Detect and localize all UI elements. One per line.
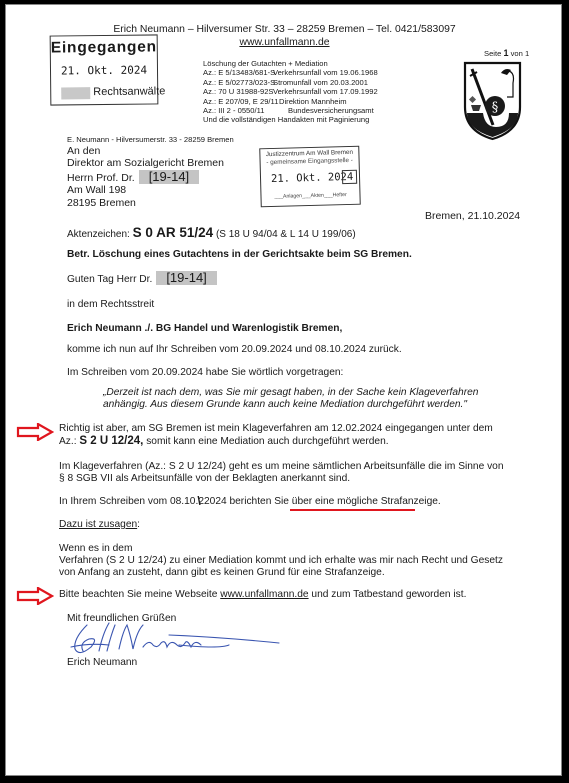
az-value: S 2 U 12/24, [79, 435, 143, 447]
quote-line: „Derzeit ist nach dem, was Sie mir gesag… [103, 387, 478, 398]
letterhead-sender: Erich Neumann – Hilversumer Str. 33 – 28… [6, 24, 563, 35]
received-stamp-title: Eingegangen [51, 38, 157, 57]
reference-desc: Verkehrsunfall vom 17.09.1992 [273, 87, 378, 96]
quote-line: anhängig. Aus diesem Grunde kann auch ke… [103, 399, 467, 410]
letter-page: Erich Neumann – Hilversumer Str. 33 – 28… [5, 4, 562, 776]
reference-row: Az.: E 5/13483/681-SVerkehrsunfall vom 1… [203, 68, 378, 77]
sender-return-line: E. Neumann - Hilversumerstr. 33 - 28259 … [67, 135, 234, 144]
greeting: Guten Tag Herr Dr.[19-14] [67, 271, 217, 285]
aktenzeichen-value: S 0 AR 51/24 [133, 225, 214, 240]
recipient-line: Direktor am Sozialgericht Bremen [67, 157, 224, 169]
reference-az: Az.: E 5/02773/023-S [203, 78, 273, 87]
reference-row: Az.: III 2 - 0550/11Bundesversicherungsa… [203, 106, 378, 115]
paragraph: Richtig ist aber, am SG Bremen ist mein … [59, 423, 493, 434]
redacted-name: [19-14] [139, 170, 199, 184]
paragraph: von Anfang an zusteht, dann gibt es kein… [59, 567, 385, 578]
subject-line: Betr. Löschung eines Gutachtens in der G… [67, 249, 412, 260]
red-arrow-icon [16, 587, 54, 605]
reference-desc: Bundesversicherungsamt [288, 106, 374, 115]
page-prefix: Seite [484, 49, 501, 58]
redaction-box [61, 87, 90, 99]
paragraph-text: 2024 berichten Sie über [204, 496, 312, 507]
paragraph-text: Bitte beachten Sie meine Webseite [59, 589, 217, 600]
letterhead-website-link[interactable]: www.unfallmann.de [239, 37, 329, 48]
recipient-line: 28195 Bremen [67, 197, 224, 209]
greeting-prefix: Guten Tag Herr Dr. [67, 274, 152, 285]
letter-date: Bremen, 21.10.2024 [425, 210, 520, 222]
paragraph-text: In Ihrem Schreiben vom 08.10. [59, 496, 198, 507]
paragraph: in dem Rechtsstreit [67, 299, 154, 310]
court-stamp-box [342, 170, 357, 184]
page-current: 1 [503, 48, 508, 58]
paragraph: § 8 SGB VII als Arbeitsunfälle von der B… [59, 473, 350, 484]
paragraph: komme ich nun auf Ihr Schreiben vom 20.0… [67, 344, 402, 355]
paragraph: Im Klageverfahren (Az.: S 2 U 12/24) geh… [59, 461, 504, 472]
red-arrow-icon [16, 423, 54, 441]
signature-name: Erich Neumann [67, 657, 137, 668]
paragraph: Bitte beachten Sie meine Webseite www.un… [59, 589, 466, 600]
recipient-line: Herrn Prof. Dr.[19-14] [67, 170, 224, 184]
highlighted-phrase: eine mögliche Strafanzeige [315, 496, 438, 507]
recipient-line: An den [67, 145, 224, 157]
underlined-heading: Dazu ist zusagen [59, 519, 137, 530]
aktenzeichen-label: Aktenzeichen: [67, 229, 130, 240]
reference-az: Az.: E 207/09, E 29/11 [203, 97, 279, 106]
paragraph: In Ihrem Schreiben vom 08.10.2\2024 beri… [59, 496, 441, 507]
page-total: 1 [525, 49, 529, 58]
received-stamp-date: 21. Okt. 2024 [51, 63, 157, 77]
svg-text:§: § [492, 100, 499, 115]
reference-az: Az.: III 2 - 0550/11 [203, 106, 288, 115]
reference-az: Az.: E 5/13483/681-S [203, 68, 273, 77]
reference-title: Löschung der Gutachten + Mediation [203, 59, 378, 68]
reference-block: Löschung der Gutachten + Mediation Az.: … [203, 59, 378, 125]
paragraph-text: und zum Tatbestand geworden ist. [311, 589, 466, 600]
recipient-title: Herrn Prof. Dr. [67, 172, 135, 184]
coat-of-arms-paragraph-icon: § [463, 61, 522, 141]
reference-row: Az.: 70 U 31988-92SVerkehrsunfall vom 17… [203, 87, 378, 96]
reference-row: Az.: E 5/02773/023-SStromunfall vom 20.0… [203, 78, 378, 87]
page-sep: von [511, 49, 523, 58]
recipient-line: Am Wall 198 [67, 184, 224, 196]
court-stamp-line2: - gemeinsame Eingangsstelle - [261, 157, 359, 167]
received-stamp-label: Rechtsanwälte [93, 85, 165, 98]
red-underline-annotation [290, 509, 415, 511]
aktenzeichen-extra: (S 18 U 94/04 & L 14 U 199/06) [216, 229, 356, 240]
website-link[interactable]: www.unfallmann.de [220, 589, 308, 600]
parties-line: Erich Neumann ./. BG Handel und Warenlog… [67, 323, 342, 334]
period: . [438, 496, 441, 507]
reference-desc: Direktion Mannheim [279, 97, 347, 106]
struck-digit: 2\ [198, 496, 204, 507]
paragraph-rest: somit kann eine Mediation auch durchgefü… [146, 436, 388, 447]
paragraph: Wenn es in dem [59, 543, 132, 554]
paragraph: Dazu ist zusagen: [59, 519, 140, 530]
reference-row: Az.: E 207/09, E 29/11Direktion Mannheim [203, 97, 378, 106]
paragraph: Im Schreiben vom 20.09.2024 habe Sie wör… [67, 367, 343, 378]
paragraph: Az.: S 2 U 12/24, somit kann eine Mediat… [59, 435, 389, 447]
az-label: Az.: [59, 436, 77, 447]
paragraph: Verfahren (S 2 U 12/24) zu einer Mediati… [59, 555, 503, 566]
court-received-stamp: Justizzentrum Am Wall Bremen - gemeinsam… [259, 146, 361, 208]
received-stamp: Eingegangen 21. Okt. 2024 Rechtsanwälte [50, 34, 159, 105]
page-indicator: Seite 1 von 1 [484, 48, 529, 58]
reference-desc: Stromunfall vom 20.03.2001 [273, 78, 368, 87]
reference-desc: Verkehrsunfall vom 19.06.1968 [273, 68, 378, 77]
court-stamp-fields: ___Anlagen___Akten___Hefter [263, 192, 357, 200]
reference-az: Az.: 70 U 31988-92S [203, 87, 273, 96]
recipient-address: An den Direktor am Sozialgericht Bremen … [67, 145, 224, 209]
cross-out-mark: \ [197, 494, 200, 508]
reference-footer: Und die vollständigen Handakten mit Pagi… [203, 115, 378, 124]
colon: : [137, 519, 140, 530]
redacted-name: [19-14] [156, 271, 216, 285]
aktenzeichen-line: Aktenzeichen: S 0 AR 51/24 (S 18 U 94/04… [67, 225, 356, 240]
